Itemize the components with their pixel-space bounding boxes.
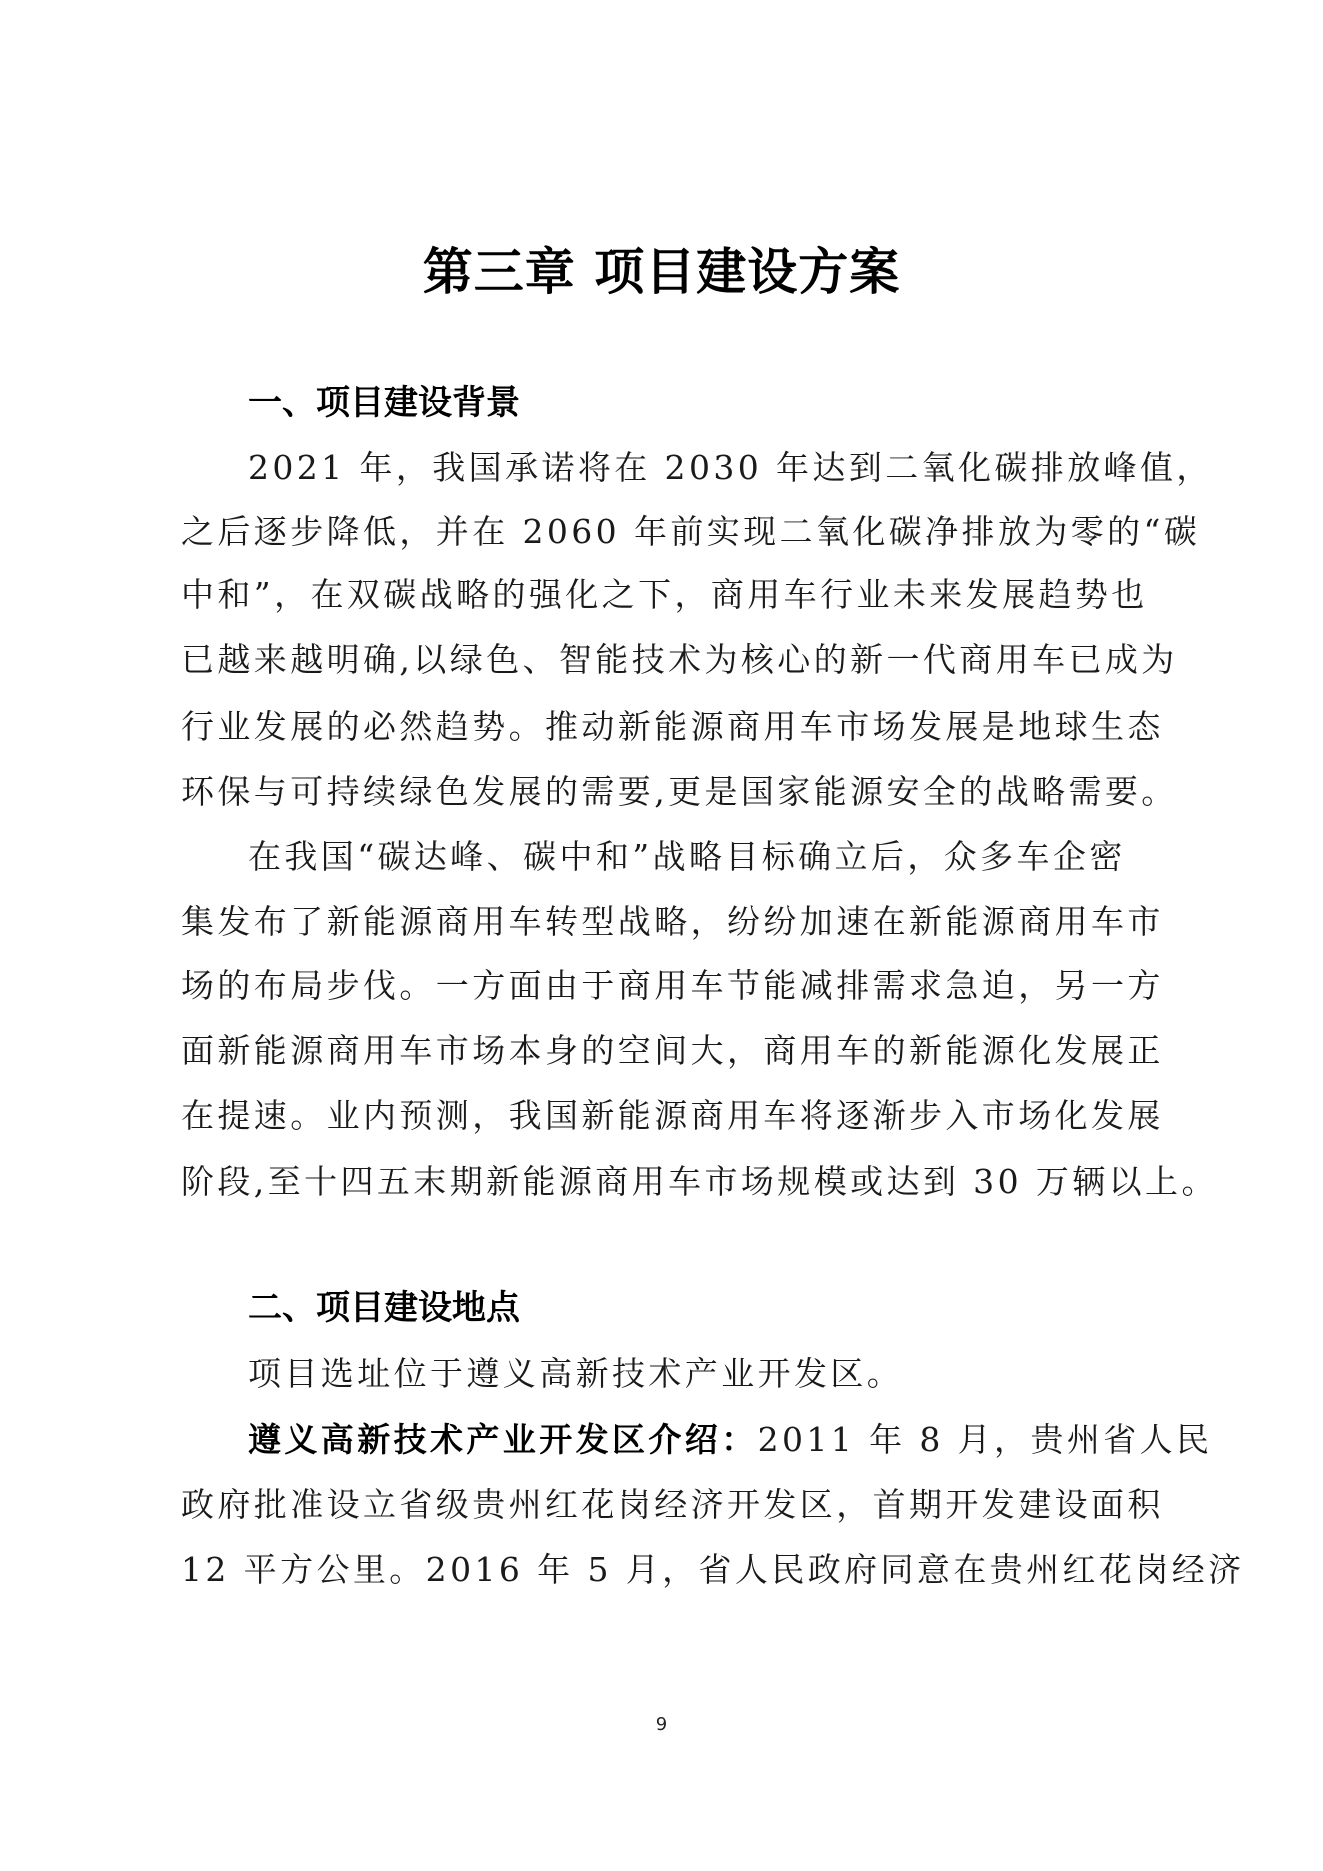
paragraph-line-intro: 遵义高新技术产业开发区介绍：2011 年 8 月，贵州省人民 [248, 1417, 1147, 1463]
paragraph-line: 在提速。业内预测，我国新能源商用车将逐渐步入市场化发展 [181, 1093, 1147, 1139]
paragraph-line: 2021 年，我国承诺将在 2030 年达到二氧化碳排放峰值， [248, 445, 1147, 491]
intro-text: 2011 年 8 月，贵州省人民 [758, 1420, 1213, 1459]
page-number: 9 [0, 1714, 1323, 1735]
section-heading-location: 二、项目建设地点 [248, 1285, 520, 1331]
paragraph-line: 政府批准设立省级贵州红花岗经济开发区，首期开发建设面积 [181, 1482, 1147, 1528]
section-heading-background: 一、项目建设背景 [248, 380, 520, 426]
paragraph-line: 场的布局步伐。一方面由于商用车节能减排需求急迫，另一方 [181, 963, 1147, 1009]
paragraph-line: 面新能源商用车市场本身的空间大，商用车的新能源化发展正 [181, 1028, 1147, 1074]
paragraph-line: 项目选址位于遵义高新技术产业开发区。 [248, 1351, 1147, 1397]
bold-lead-label: 遵义高新技术产业开发区介绍： [248, 1420, 758, 1459]
paragraph-line: 已越来越明确,以绿色、智能技术为核心的新一代商用车已成为 [181, 637, 1147, 683]
paragraph-line: 12 平方公里。2016 年 5 月，省人民政府同意在贵州红花岗经济 [181, 1547, 1147, 1593]
paragraph-line: 集发布了新能源商用车转型战略，纷纷加速在新能源商用车市 [181, 899, 1147, 945]
paragraph-line: 之后逐步降低，并在 2060 年前实现二氧化碳净排放为零的“碳 [181, 509, 1147, 555]
paragraph-line: 环保与可持续绿色发展的需要,更是国家能源安全的战略需要。 [181, 769, 1147, 815]
paragraph-line: 在我国“碳达峰、碳中和”战略目标确立后，众多车企密 [248, 834, 1147, 880]
paragraph-line: 行业发展的必然趋势。推动新能源商用车市场发展是地球生态 [181, 704, 1147, 750]
paragraph-line: 阶段,至十四五末期新能源商用车市场规模或达到 30 万辆以上。 [181, 1159, 1147, 1205]
chapter-title: 第三章 项目建设方案 [0, 238, 1323, 306]
paragraph-line: 中和”，在双碳战略的强化之下，商用车行业未来发展趋势也 [181, 572, 1147, 618]
